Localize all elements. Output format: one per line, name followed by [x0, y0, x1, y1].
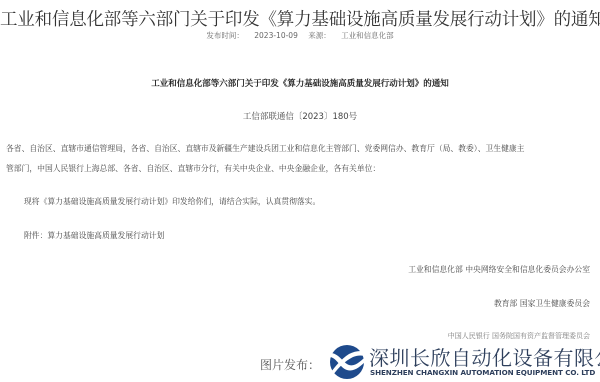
document-heading: 工业和信息化部等六部门关于印发《算力基础设施高质量发展行动计划》的通知 — [0, 77, 600, 89]
company-name-en: SHENZHEN CHANGXIN AUTOMATION EQUIPMENT C… — [370, 368, 595, 377]
company-watermark: 深圳长欣自动化设备有限公司 SHENZHEN CHANGXIN AUTOMATI… — [327, 341, 600, 382]
company-name-cn: 深圳长欣自动化设备有限公司 — [369, 342, 600, 371]
publish-label: 发布时间： — [206, 31, 244, 40]
signatory-line-1: 工业和信息化部 中央网络安全和信息化委员会办公室 — [408, 264, 590, 275]
source-label: 来源： — [308, 31, 331, 40]
company-logo-icon — [327, 341, 367, 381]
signatory-line-3: 中国人民银行 国务院国有资产监督管理委员会 — [448, 331, 590, 341]
document-number: 工信部联通信〔2023〕180号 — [0, 110, 600, 122]
article-meta: 发布时间： 2023-10-09 来源： 工业和信息化部 — [0, 30, 600, 41]
publish-date: 2023-10-09 — [254, 31, 298, 40]
signatory-line-2: 教育部 国家卫生健康委员会 — [494, 298, 590, 309]
image-caption: 图片发布： — [260, 356, 320, 373]
article-title: 工业和信息化部等六部门关于印发《算力基础设施高质量发展行动计划》的通知 — [0, 6, 600, 31]
source-value: 工业和信息化部 — [341, 31, 394, 40]
document-body: 现将《算力基础设施高质量发展行动计划》印发给你们，请结合实际，认真贯彻落实。 — [24, 196, 320, 207]
addressee-line-1: 各省、自治区、直辖市通信管理局，各省、自治区、直辖市及新疆生产建设兵团工业和信息… — [6, 143, 524, 154]
attachment-line: 附件：算力基础设施高质量发展行动计划 — [24, 230, 164, 241]
addressee-line-2: 管部门，中国人民银行上海总部、各省、自治区、直辖市分行，有关中央企业、中央金融企… — [6, 163, 380, 174]
